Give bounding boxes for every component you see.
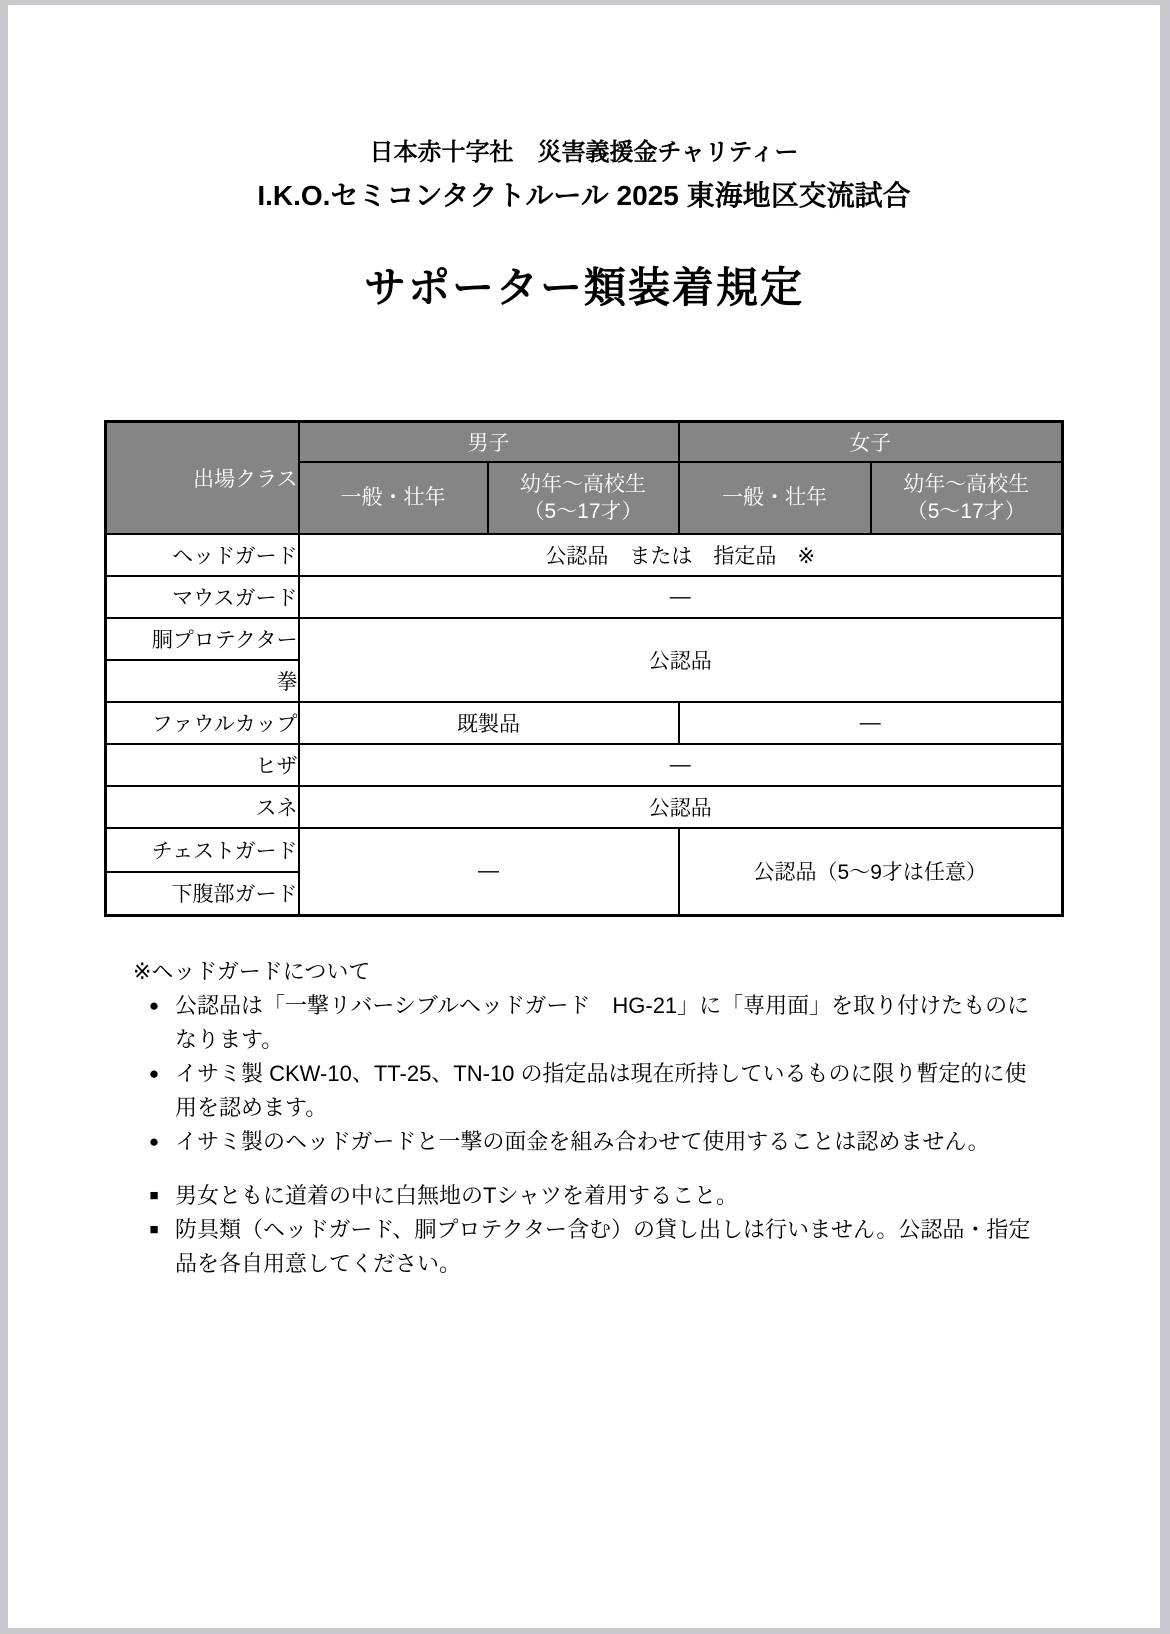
col-header-male-adult: 一般・壮年	[299, 462, 488, 534]
cell-chest-groin-male: ―	[299, 828, 679, 916]
note-text: 男女ともに道着の中に白無地のTシャツを着用すること。	[175, 1179, 1040, 1213]
square-bullet-icon: ■	[133, 1213, 175, 1247]
notes-section: ※ヘッドガードについて ● 公認品は「一撃リバーシブルヘッドガード HG-21」…	[133, 955, 1040, 1281]
col-header-female-adult: 一般・壮年	[679, 462, 871, 534]
bullet-icon: ●	[133, 1057, 175, 1091]
cell-foul-cup-male: 既製品	[299, 702, 679, 744]
charity-subtitle: 日本赤十字社 災害義援金チャリティー	[8, 138, 1160, 168]
table-row: 胴プロテクター 公認品	[106, 618, 1063, 660]
col-group-male: 男子	[299, 422, 679, 462]
document-page: 日本赤十字社 災害義援金チャリティー I.K.O.セミコンタクトルール 2025…	[8, 5, 1160, 1628]
row-label-knee: ヒザ	[106, 744, 299, 786]
notes-heading: ※ヘッドガードについて	[133, 955, 1040, 989]
cell-shin-all: 公認品	[299, 786, 1063, 828]
list-item: ● 公認品は「一撃リバーシブルヘッドガード HG-21」に「専用面」を取り付けた…	[133, 989, 1040, 1057]
bullet-icon: ●	[133, 1125, 175, 1159]
table-row: ファウルカップ 既製品 ―	[106, 702, 1063, 744]
cell-foul-cup-female: ―	[679, 702, 1063, 744]
square-bullet-icon: ■	[133, 1179, 175, 1213]
col-header-female-youth: 幼年～高校生 （5～17才）	[871, 462, 1063, 534]
cell-knee-all: ―	[299, 744, 1063, 786]
note-text: 公認品は「一撃リバーシブルヘッドガード HG-21」に「専用面」を取り付けたもの…	[175, 989, 1040, 1057]
row-label-head-guard: ヘッドガード	[106, 534, 299, 576]
row-label-body-protector: 胴プロテクター	[106, 618, 299, 660]
row-label-chest-guard: チェストガード	[106, 828, 299, 872]
table-row: ヘッドガード 公認品 または 指定品 ※	[106, 534, 1063, 576]
table-row: ヒザ ―	[106, 744, 1063, 786]
row-label-shin: スネ	[106, 786, 299, 828]
col-header-entry-class: 出場クラス	[106, 422, 299, 534]
page-title: サポーター類装着規定	[8, 260, 1160, 316]
supporter-regulation-table: 出場クラス 男子 女子 一般・壮年 幼年～高校生 （5～17才） 一般・壮年 幼…	[104, 420, 1064, 917]
list-item: ● イサミ製のヘッドガードと一撃の面金を組み合わせて使用することは認めません。	[133, 1125, 1040, 1159]
cell-head-guard-all: 公認品 または 指定品 ※	[299, 534, 1063, 576]
cell-body-protector-fist-all: 公認品	[299, 618, 1063, 702]
list-item: ■ 男女ともに道着の中に白無地のTシャツを着用すること。	[133, 1179, 1040, 1213]
list-item: ● イサミ製 CKW-10、TT-25、TN-10 の指定品は現在所持しているも…	[133, 1057, 1040, 1125]
row-label-groin-guard: 下腹部ガード	[106, 872, 299, 916]
document-header: 日本赤十字社 災害義援金チャリティー I.K.O.セミコンタクトルール 2025…	[8, 5, 1160, 316]
cell-chest-groin-female: 公認品（5～9才は任意）	[679, 828, 1063, 916]
row-label-fist: 拳	[106, 660, 299, 702]
note-text: 防具類（ヘッドガード、胴プロテクター含む）の貸し出しは行いません。公認品・指定品…	[175, 1213, 1040, 1281]
note-text: イサミ製 CKW-10、TT-25、TN-10 の指定品は現在所持しているものに…	[175, 1057, 1040, 1125]
table-row: チェストガード ― 公認品（5～9才は任意）	[106, 828, 1063, 872]
table-row: スネ 公認品	[106, 786, 1063, 828]
event-title: I.K.O.セミコンタクトルール 2025 東海地区交流試合	[8, 178, 1160, 214]
col-group-female: 女子	[679, 422, 1063, 462]
bullet-icon: ●	[133, 989, 175, 1023]
row-label-mouth-guard: マウスガード	[106, 576, 299, 618]
note-text: イサミ製のヘッドガードと一撃の面金を組み合わせて使用することは認めません。	[175, 1125, 1040, 1159]
list-item: ■ 防具類（ヘッドガード、胴プロテクター含む）の貸し出しは行いません。公認品・指…	[133, 1213, 1040, 1281]
col-header-male-youth: 幼年～高校生 （5～17才）	[488, 462, 679, 534]
table-row: マウスガード ―	[106, 576, 1063, 618]
row-label-foul-cup: ファウルカップ	[106, 702, 299, 744]
cell-mouth-guard-all: ―	[299, 576, 1063, 618]
